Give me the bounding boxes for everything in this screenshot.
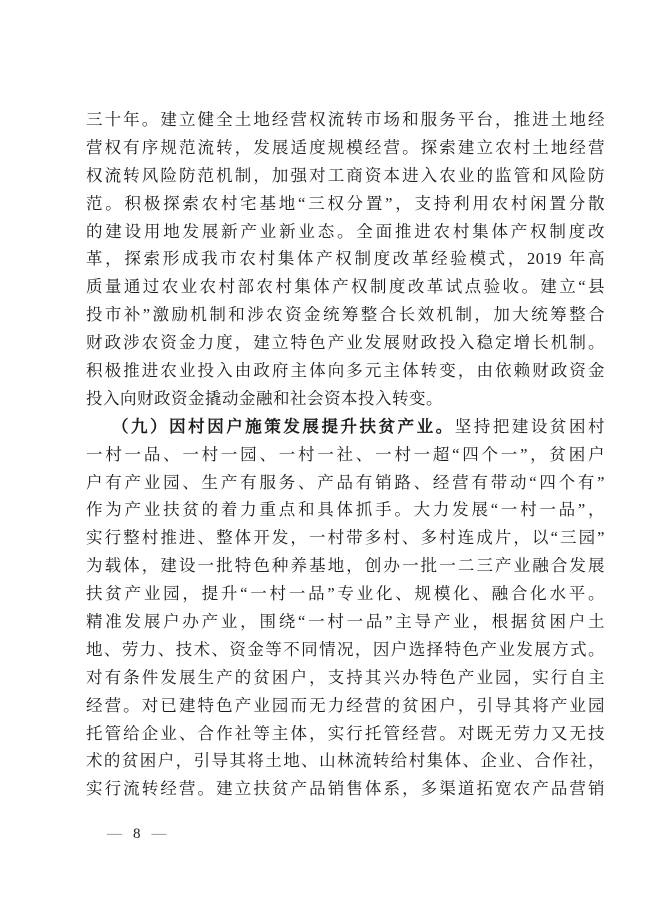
text-line: 实行整村推进、整体开发，一村带多村、多村连成片，以“三园” (86, 524, 605, 552)
text-line: 范。积极探索农村宅基地“三权分置”，支持利用农村闲置分散 (86, 190, 605, 218)
text-line: 积极推进农业投入由政府主体向多元主体转变，由依赖财政资金 (86, 357, 605, 385)
text-line: 一村一品、一村一园、一村一社、一村一超“四个一”，贫困户 (86, 441, 605, 469)
text-line: 为载体，建设一批特色种养基地，创办一批一二三产业融合发展 (86, 552, 605, 580)
text-line: 经营。对已建特色产业园而无力经营的贫困户，引导其将产业园 (86, 692, 605, 720)
footer-dash-right: — (152, 827, 167, 842)
page-number: 8 (133, 826, 141, 843)
text-line: 实行流转经营。建立扶贫产品销售体系，多渠道拓宽农产品营销 (86, 775, 605, 803)
text-line: （九）因村因户施策发展提升扶贫产业。坚持把建设贫困村 (86, 413, 605, 441)
text-line: 术的贫困户，引导其将土地、山林流转给村集体、企业、合作社， (86, 747, 605, 775)
text-line: 财政涉农资金力度，建立特色产业发展财政投入稳定增长机制。 (86, 329, 605, 357)
text-line: 营权有序规范流转，发展适度规模经营。探索建立农村土地经营 (86, 134, 605, 162)
text-line: 投市补”激励机制和涉农资金统筹整合长效机制，加大统筹整合 (86, 301, 605, 329)
text-line: 对有条件发展生产的贫困户，支持其兴办特色产业园，实行自主 (86, 664, 605, 692)
text-line: 革，探索形成我市农村集体产权制度改革经验模式，2019 年高 (86, 245, 605, 273)
text-line: 权流转风险防范机制，加强对工商资本进入农业的监管和风险防 (86, 162, 605, 190)
document-body: 三十年。建立健全土地经营权流转市场和服务平台，推进土地经 营权有序规范流转，发展… (86, 106, 605, 803)
section-heading-continuation: 坚持把建设贫困村 (455, 417, 605, 436)
text-line: 户有产业园、生产有服务、产品有销路、经营有带动“四个有” (86, 469, 605, 497)
document-page: 三十年。建立健全土地经营权流转市场和服务平台，推进土地经 营权有序规范流转，发展… (0, 0, 647, 911)
text-line: 地、劳力、技术、资金等不同情况，因户选择特色产业发展方式。 (86, 636, 605, 664)
text-line: 的建设用地发展新产业新业态。全面推进农村集体产权制度改 (86, 218, 605, 246)
text-line: 精准发展户办产业，围绕“一村一品”主导产业，根据贫困户土 (86, 608, 605, 636)
text-line: 扶贫产业园，提升“一村一品”专业化、规模化、融合化水平。 (86, 580, 605, 608)
page-footer: — 8 — (107, 826, 167, 843)
text-line: 托管给企业、合作社等主体，实行托管经营。对既无劳力又无技 (86, 720, 605, 748)
text-line: 三十年。建立健全土地经营权流转市场和服务平台，推进土地经 (86, 106, 605, 134)
text-line: 投入向财政资金撬动金融和社会资本投入转变。 (86, 385, 605, 413)
text-line: 质量通过农业农村部农村集体产权制度改革试点验收。建立“县 (86, 273, 605, 301)
footer-dash-left: — (107, 827, 122, 842)
text-line: 作为产业扶贫的着力重点和具体抓手。大力发展“一村一品”， (86, 496, 605, 524)
section-heading: （九）因村因户施策发展提升扶贫产业。 (112, 417, 455, 436)
